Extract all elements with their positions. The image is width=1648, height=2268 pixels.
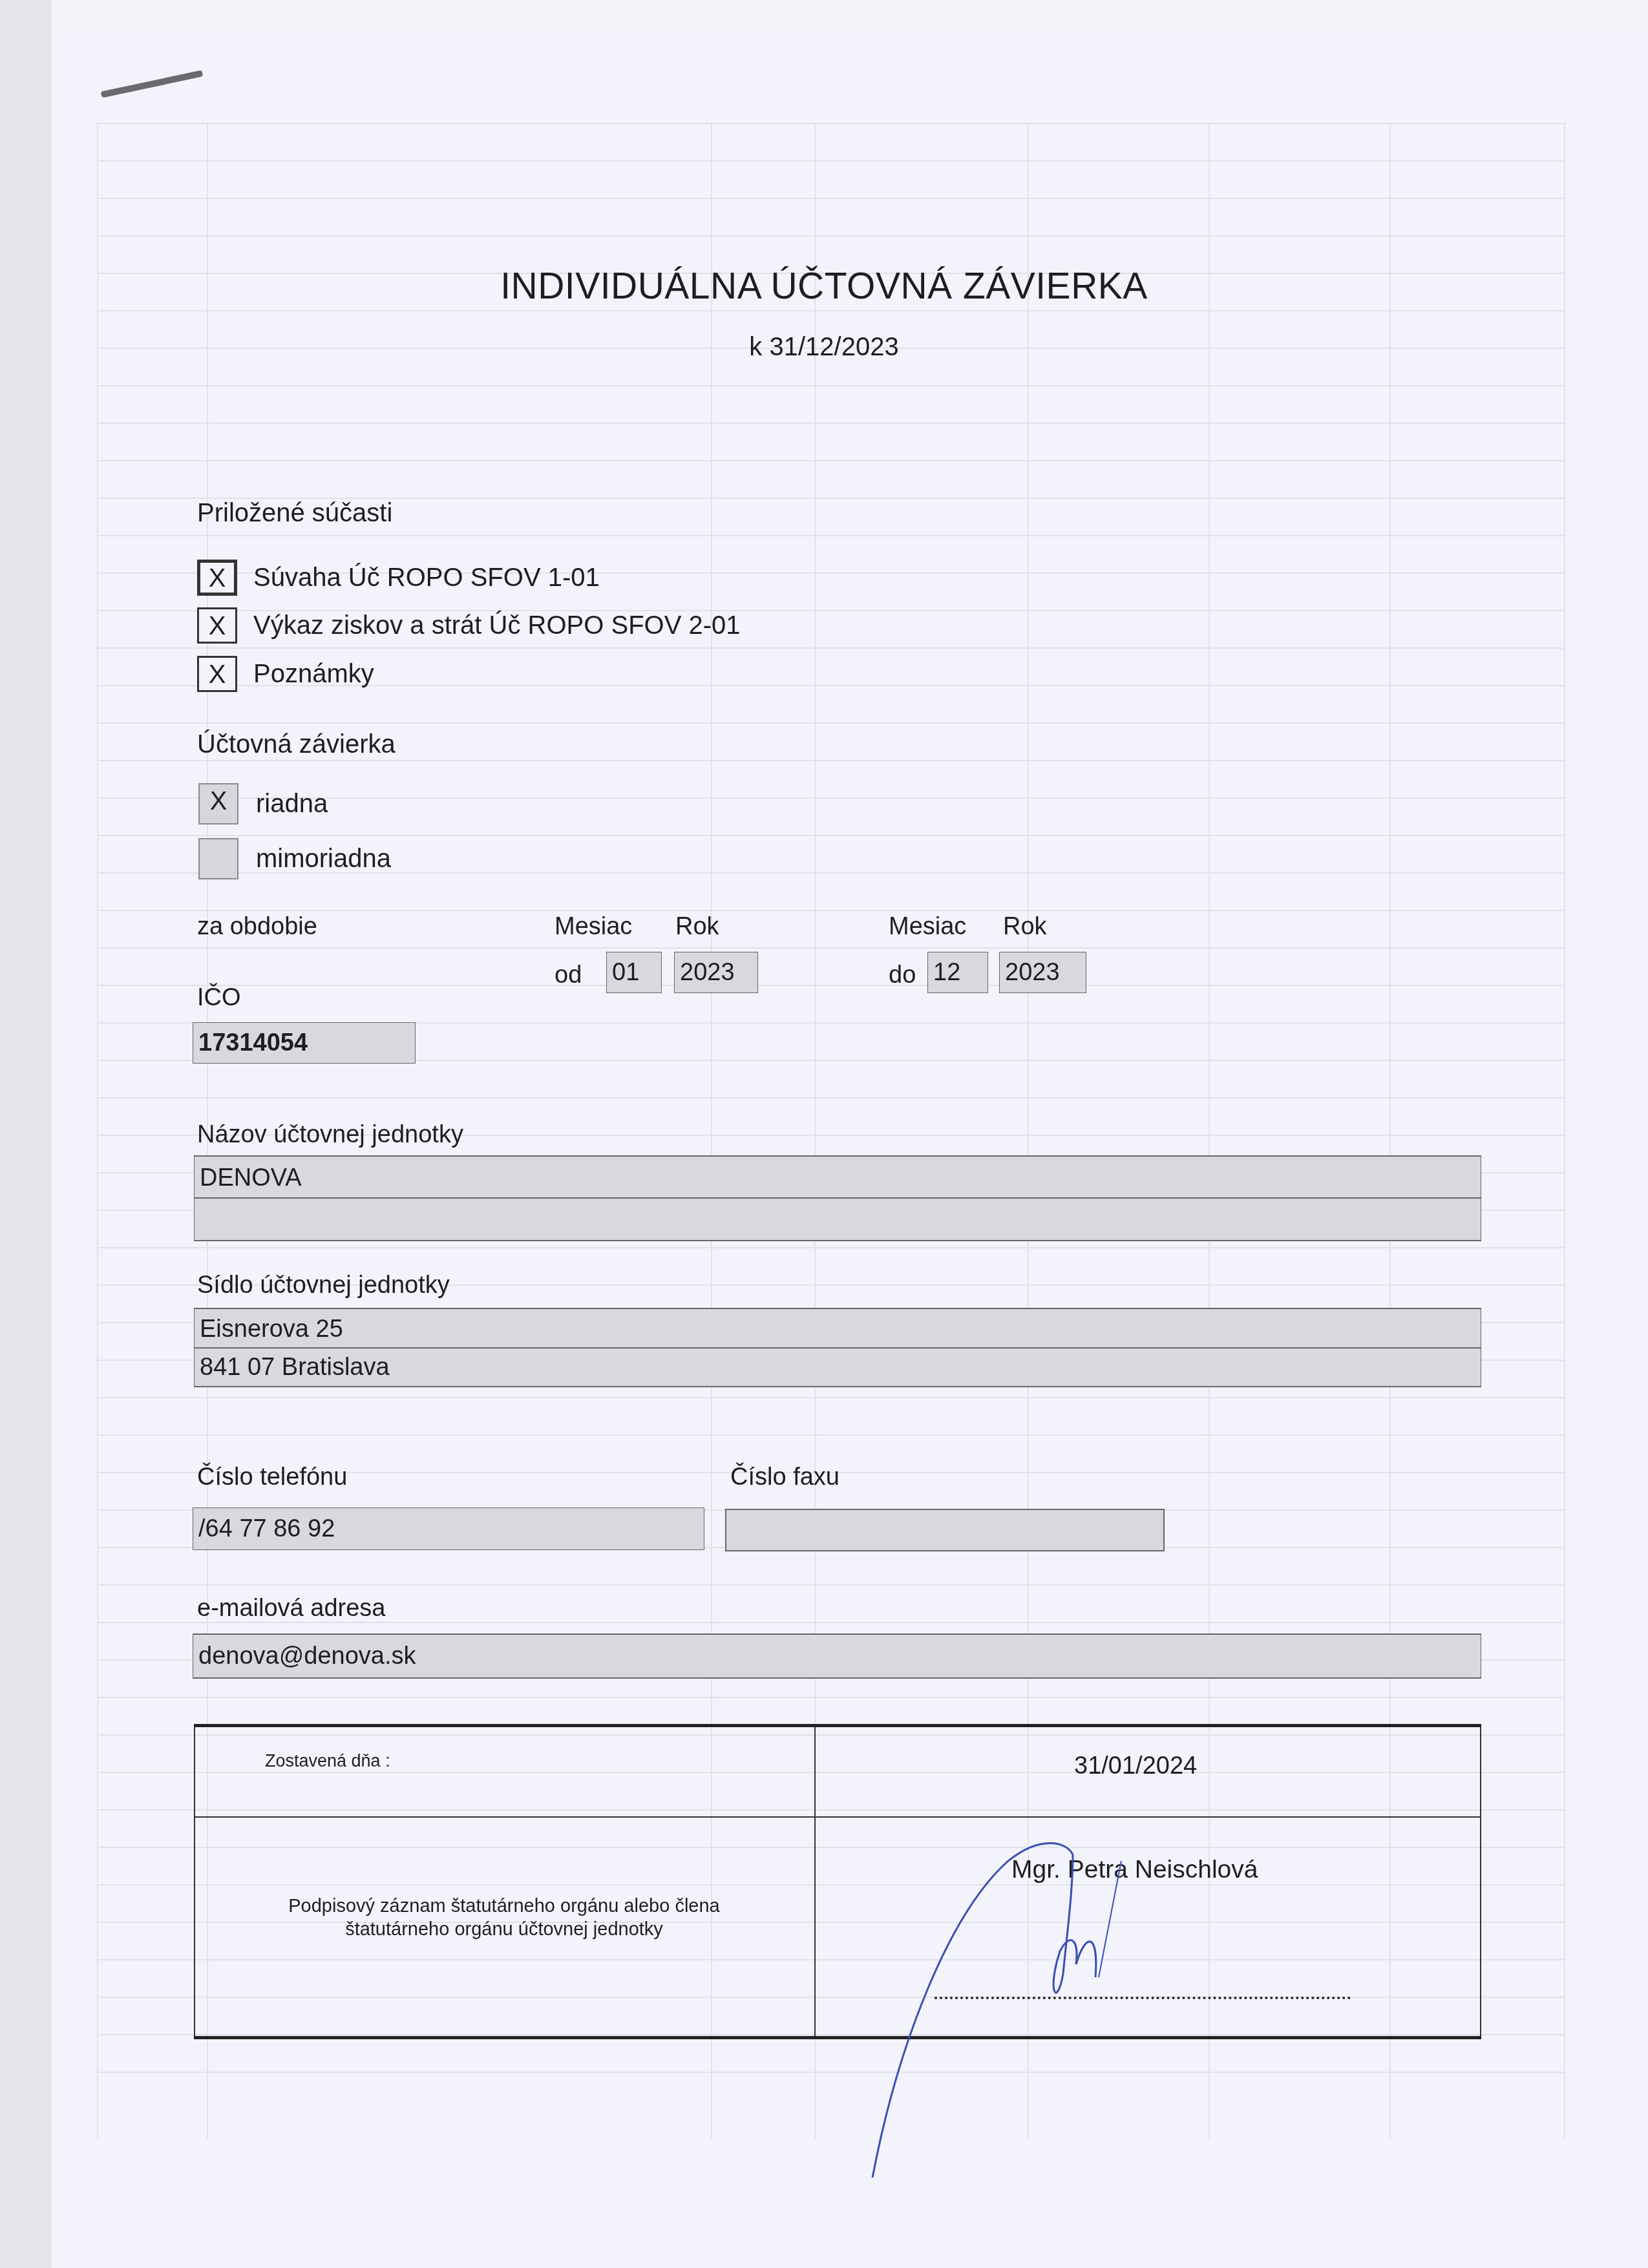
handwritten-signature-icon [0, 0, 1648, 2268]
